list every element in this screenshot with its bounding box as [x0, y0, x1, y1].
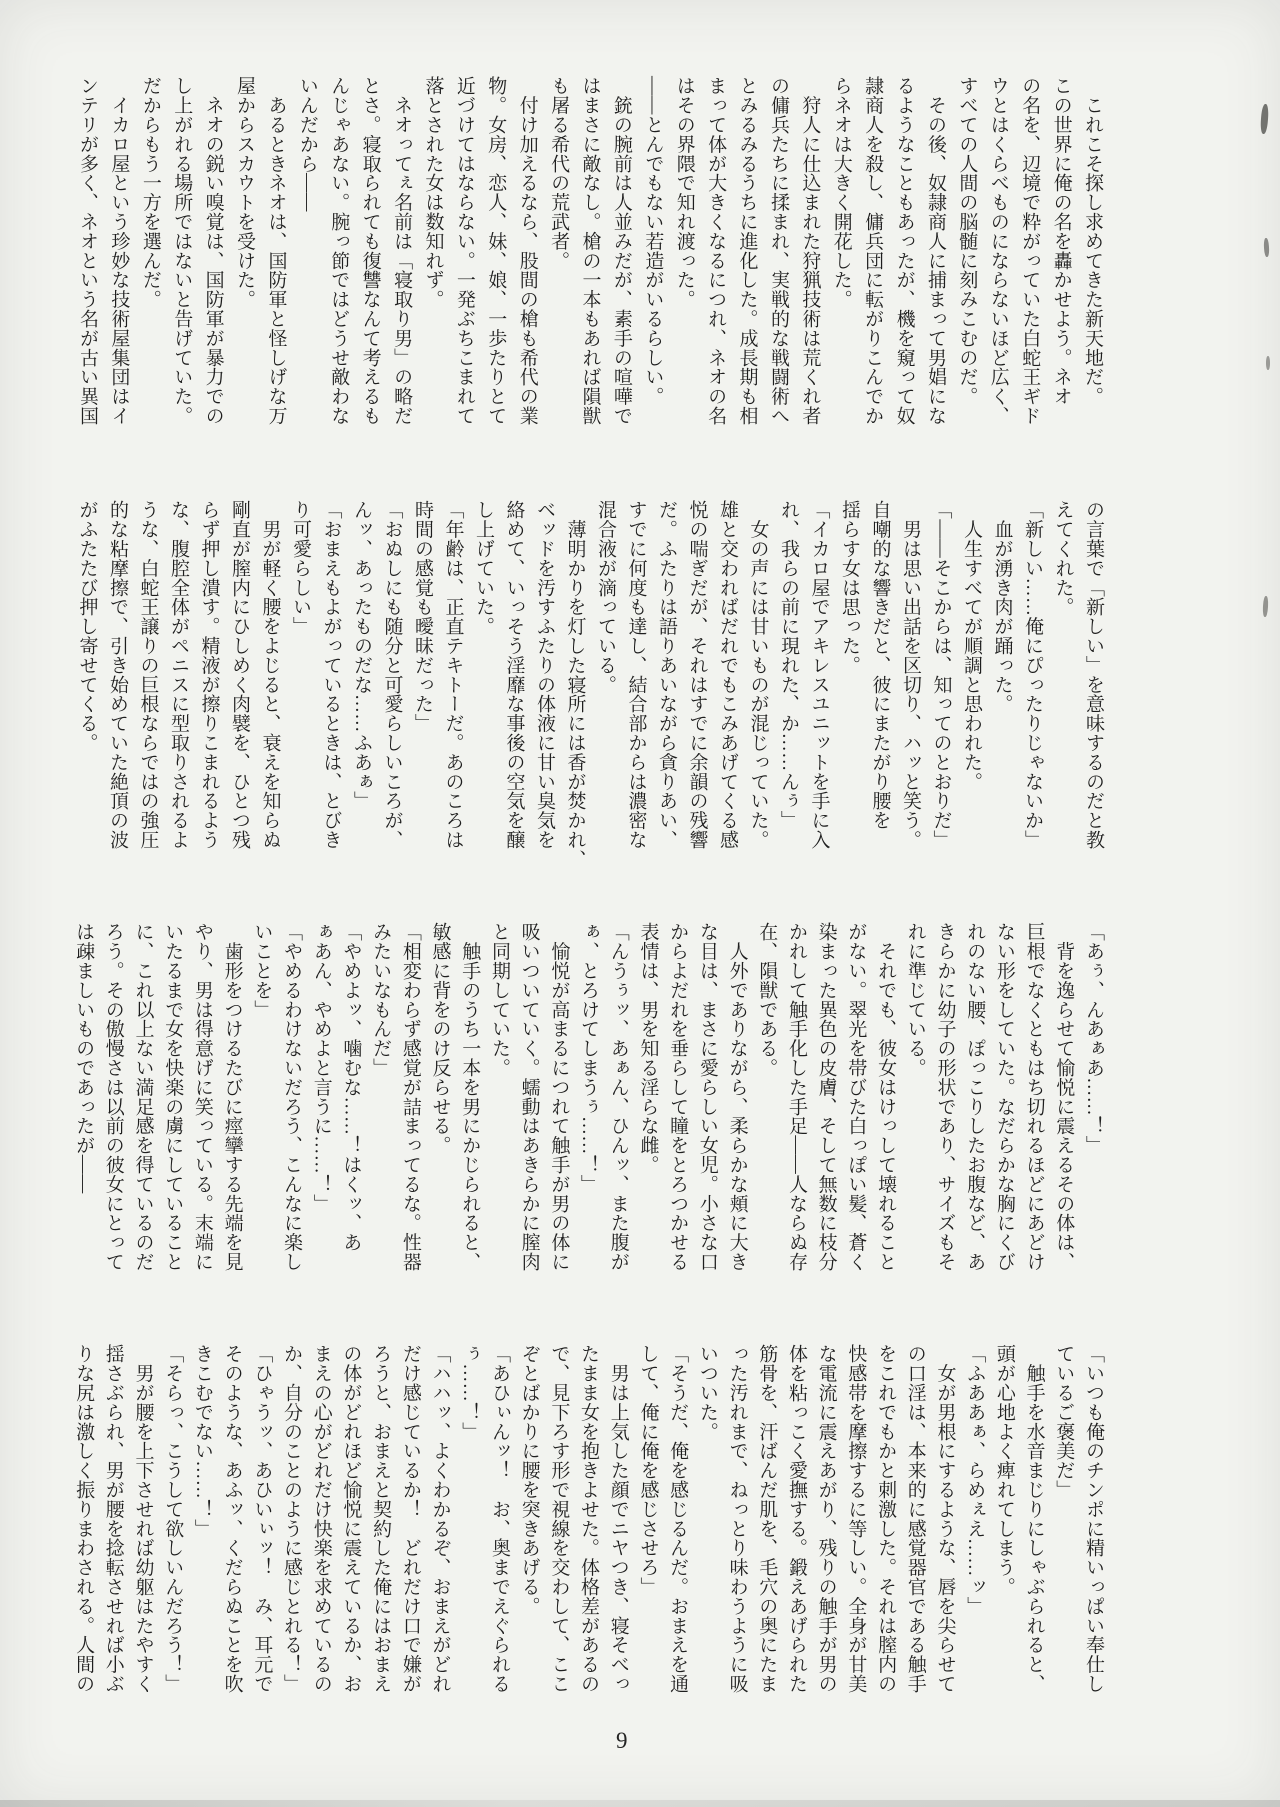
- scan-artifact: [1266, 356, 1270, 370]
- scanned-page: これこそ探し求めてきた新天地だ。 この世界に俺の名を轟かせよう。ネオ の名を、辺…: [0, 0, 1280, 1807]
- scan-artifact: [1262, 596, 1268, 617]
- text-band-2: の言葉で「新しい」を意味するのだと教 えてくれた。 「新しい……俺にぴったりじゃ…: [71, 500, 1108, 894]
- text-band-3: 「あぅ、んあぁあ……！」 背を逸らせて愉悦に震えるその体は、 巨根でなくともはち…: [68, 922, 1108, 1316]
- scan-edge-smear: [0, 1800, 1280, 1807]
- text-band-1: これこそ探し求めてきた新天地だ。 この世界に俺の名を轟かせよう。ネオ の名を、辺…: [72, 76, 1108, 470]
- scan-artifact: [1264, 238, 1270, 257]
- scan-artifact: [1260, 104, 1269, 134]
- text-band-4: 「いつも俺のチンポに精いっぱい奉仕し ているご褒美だ」 触手を水音まじりにしゃぶ…: [68, 1344, 1108, 1738]
- page-number: 9: [616, 1728, 628, 1754]
